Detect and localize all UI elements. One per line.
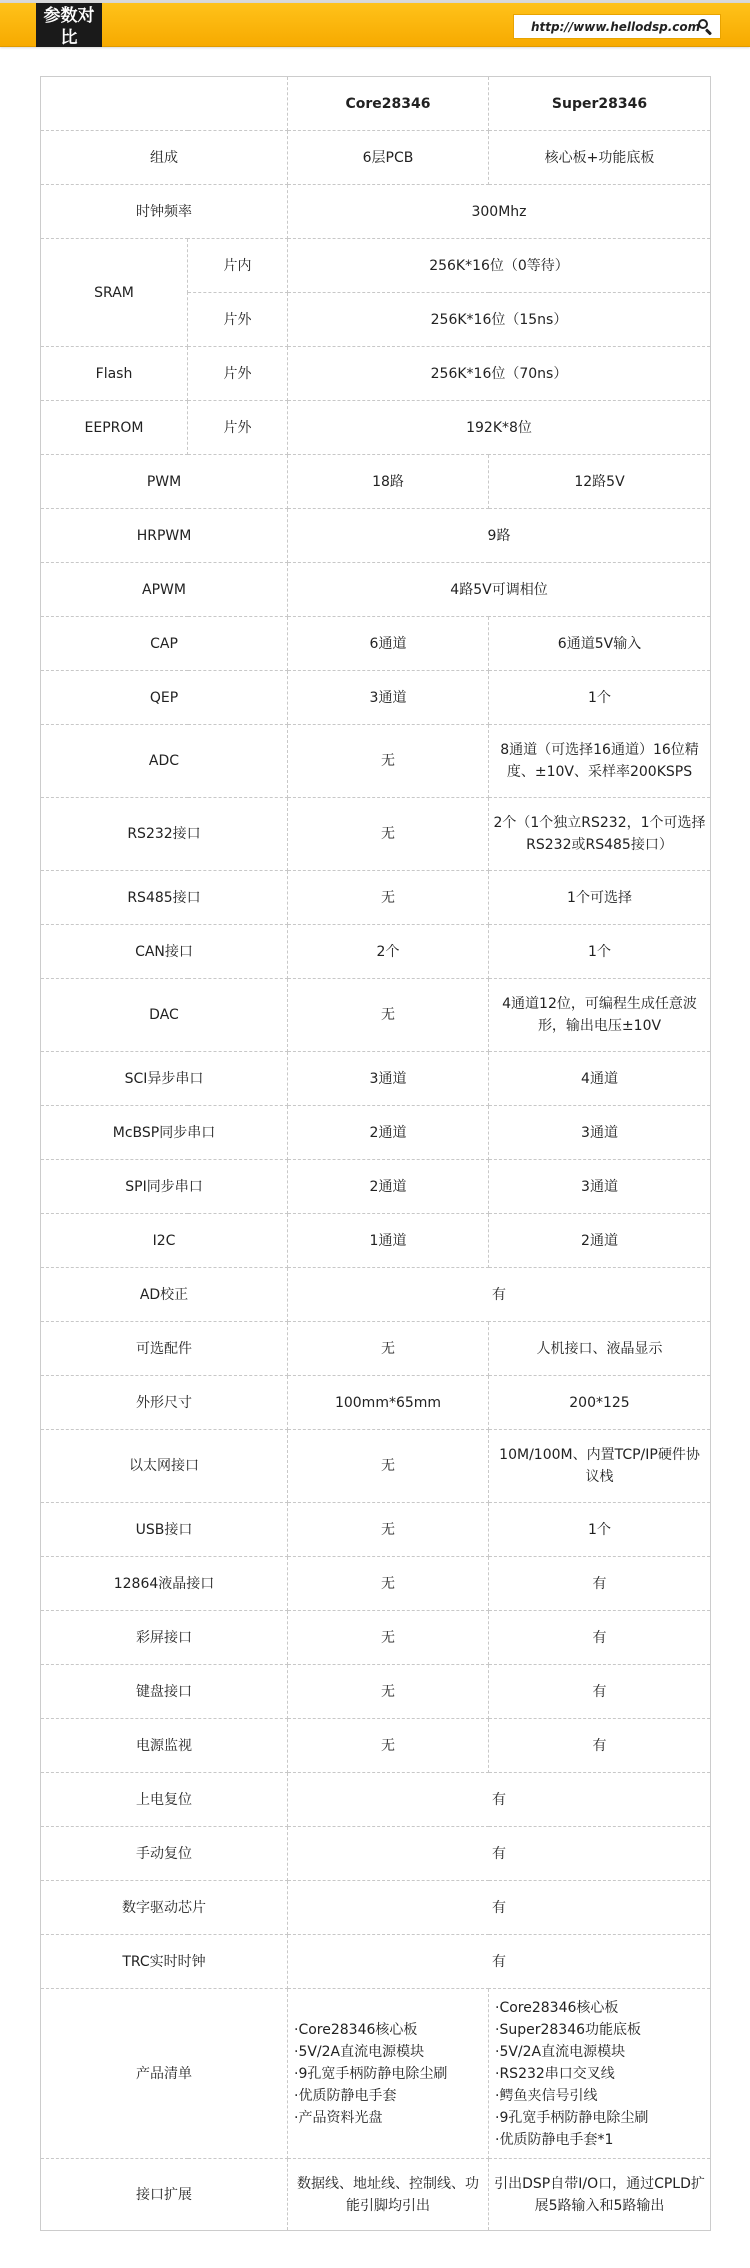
row-label: McBSP同步串口 xyxy=(41,1106,288,1160)
table-row: SCI异步串口 3通道 4通道 xyxy=(41,1052,711,1106)
column-header-super: Super28346 xyxy=(489,77,711,131)
table-row: 数字驱动芯片 有 xyxy=(41,1881,711,1935)
list-item: ·产品资料光盘 xyxy=(294,2107,484,2129)
shared-value: 有 xyxy=(288,1881,711,1935)
core-product-list: ·Core28346核心板 ·5V/2A直流电源模块 ·9孔宽手柄防静电除尘刷 … xyxy=(288,1989,489,2159)
row-label: ADC xyxy=(41,725,288,798)
shared-value: 有 xyxy=(288,1935,711,1989)
core-value: 无 xyxy=(288,1430,489,1503)
table-row: ADC 无 8通道（可选择16通道）16位精度、±10V、采样率200KSPS xyxy=(41,725,711,798)
column-header-core: Core28346 xyxy=(288,77,489,131)
super-value: 有 xyxy=(489,1719,711,1773)
core-value: 无 xyxy=(288,725,489,798)
brand-title-cn: 参数对比 xyxy=(36,3,102,49)
row-label: 12864液晶接口 xyxy=(41,1557,288,1611)
super-value: 4通道 xyxy=(489,1052,711,1106)
table-row: DAC 无 4通道12位，可编程生成任意波形，输出电压±10V xyxy=(41,979,711,1052)
list-item: ·5V/2A直流电源模块 xyxy=(294,2041,484,2063)
core-value: 无 xyxy=(288,1322,489,1376)
core-value: 18路 xyxy=(288,455,489,509)
core-value: 6层PCB xyxy=(288,131,489,185)
list-item: ·9孔宽手柄防静电除尘刷 xyxy=(294,2063,484,2085)
sub-label: 片外 xyxy=(188,401,288,455)
core-value: 3通道 xyxy=(288,671,489,725)
row-label: 数字驱动芯片 xyxy=(41,1881,288,1935)
core-value: 无 xyxy=(288,1557,489,1611)
core-value: 无 xyxy=(288,798,489,871)
table-row: 外形尺寸 100mm*65mm 200*125 xyxy=(41,1376,711,1430)
super-value: 4通道12位，可编程生成任意波形，输出电压±10V xyxy=(489,979,711,1052)
list-item: ·鳄鱼夹信号引线 xyxy=(495,2085,706,2107)
table-row: SRAM 片内 256K*16位（0等待） xyxy=(41,239,711,293)
core-value: 无 xyxy=(288,979,489,1052)
core-value: 2个 xyxy=(288,925,489,979)
table-row: 彩屏接口 无 有 xyxy=(41,1611,711,1665)
list-item: ·Core28346核心板 xyxy=(495,1997,706,2019)
table-row: 电源监视 无 有 xyxy=(41,1719,711,1773)
header-bar: 参数对比 CAN SHU DUI BI http://www.hellodsp.… xyxy=(0,3,750,47)
core-value: 无 xyxy=(288,1503,489,1557)
shared-value: 有 xyxy=(288,1773,711,1827)
brand-title-en: CAN SHU DUI BI xyxy=(36,49,102,61)
url-search-box[interactable]: http://www.hellodsp.com xyxy=(513,14,721,39)
super-product-list: ·Core28346核心板 ·Super28346功能底板 ·5V/2A直流电源… xyxy=(489,1989,711,2159)
shared-value: 256K*16位（70ns） xyxy=(288,347,711,401)
super-value: 6通道5V输入 xyxy=(489,617,711,671)
core-value: 100mm*65mm xyxy=(288,1376,489,1430)
row-label: 手动复位 xyxy=(41,1827,288,1881)
core-value: 数据线、地址线、控制线、功能引脚均引出 xyxy=(288,2159,489,2231)
core-value: 无 xyxy=(288,1611,489,1665)
table-row: 上电复位 有 xyxy=(41,1773,711,1827)
shared-value: 4路5V可调相位 xyxy=(288,563,711,617)
super-value: 1个可选择 xyxy=(489,871,711,925)
row-label: QEP xyxy=(41,671,288,725)
super-value: 1个 xyxy=(489,925,711,979)
super-value: 引出DSP自带I/O口，通过CPLD扩展5路输入和5路输出 xyxy=(489,2159,711,2231)
table-row: TRC实时时钟 有 xyxy=(41,1935,711,1989)
table-row: HRPWM 9路 xyxy=(41,509,711,563)
row-label: SRAM xyxy=(41,239,188,347)
table-row: 时钟频率 300Mhz xyxy=(41,185,711,239)
table-row: CAP 6通道 6通道5V输入 xyxy=(41,617,711,671)
table-row: 以太网接口 无 10M/100M、内置TCP/IP硬件协议栈 xyxy=(41,1430,711,1503)
list-item: ·5V/2A直流电源模块 xyxy=(495,2041,706,2063)
super-value: 有 xyxy=(489,1665,711,1719)
row-label: RS232接口 xyxy=(41,798,288,871)
shared-value: 9路 xyxy=(288,509,711,563)
row-label: SPI同步串口 xyxy=(41,1160,288,1214)
core-value: 1通道 xyxy=(288,1214,489,1268)
row-label: 上电复位 xyxy=(41,1773,288,1827)
super-value: 3通道 xyxy=(489,1106,711,1160)
list-item: ·Core28346核心板 xyxy=(294,2019,484,2041)
super-value: 人机接口、液晶显示 xyxy=(489,1322,711,1376)
super-value: 1个 xyxy=(489,1503,711,1557)
table-row: QEP 3通道 1个 xyxy=(41,671,711,725)
row-label: I2C xyxy=(41,1214,288,1268)
super-value: 2通道 xyxy=(489,1214,711,1268)
url-text[interactable]: http://www.hellodsp.com xyxy=(531,20,696,34)
list-item: ·优质防静电手套 xyxy=(294,2085,484,2107)
core-value: 无 xyxy=(288,1719,489,1773)
shared-value: 256K*16位（15ns） xyxy=(288,293,711,347)
row-label: 以太网接口 xyxy=(41,1430,288,1503)
table-row: CAN接口 2个 1个 xyxy=(41,925,711,979)
sub-label: 片外 xyxy=(188,293,288,347)
core-value: 无 xyxy=(288,1665,489,1719)
table-row: RS232接口 无 2个（1个独立RS232，1个可选择RS232或RS485接… xyxy=(41,798,711,871)
shared-value: 192K*8位 xyxy=(288,401,711,455)
row-label: TRC实时时钟 xyxy=(41,1935,288,1989)
list-item: ·Super28346功能底板 xyxy=(495,2019,706,2041)
core-value: 无 xyxy=(288,871,489,925)
table-row: PWM 18路 12路5V xyxy=(41,455,711,509)
super-value: 3通道 xyxy=(489,1160,711,1214)
super-value: 有 xyxy=(489,1557,711,1611)
table-row: 接口扩展 数据线、地址线、控制线、功能引脚均引出 引出DSP自带I/O口，通过C… xyxy=(41,2159,711,2231)
super-value: 12路5V xyxy=(489,455,711,509)
core-value: 2通道 xyxy=(288,1106,489,1160)
table-row: 12864液晶接口 无 有 xyxy=(41,1557,711,1611)
table-row: Flash 片外 256K*16位（70ns） xyxy=(41,347,711,401)
row-label: 可选配件 xyxy=(41,1322,288,1376)
super-value: 1个 xyxy=(489,671,711,725)
core-value: 3通道 xyxy=(288,1052,489,1106)
row-label: HRPWM xyxy=(41,509,288,563)
table-row: SPI同步串口 2通道 3通道 xyxy=(41,1160,711,1214)
row-label: 外形尺寸 xyxy=(41,1376,288,1430)
table-row: USB接口 无 1个 xyxy=(41,1503,711,1557)
spec-comparison-table: Core28346 Super28346 组成 6层PCB 核心板+功能底板 时… xyxy=(40,76,711,2231)
header-blank-cell xyxy=(41,77,288,131)
super-value: 10M/100M、内置TCP/IP硬件协议栈 xyxy=(489,1430,711,1503)
table-row: I2C 1通道 2通道 xyxy=(41,1214,711,1268)
row-label: SCI异步串口 xyxy=(41,1052,288,1106)
shared-value: 有 xyxy=(288,1268,711,1322)
row-label: CAN接口 xyxy=(41,925,288,979)
table-row: EEPROM 片外 192K*8位 xyxy=(41,401,711,455)
brand-block: 参数对比 CAN SHU DUI BI xyxy=(36,3,102,47)
row-label: 组成 xyxy=(41,131,288,185)
table-row: 组成 6层PCB 核心板+功能底板 xyxy=(41,131,711,185)
row-label: 产品清单 xyxy=(41,1989,288,2159)
row-label: EEPROM xyxy=(41,401,188,455)
row-label: RS485接口 xyxy=(41,871,288,925)
super-value: 200*125 xyxy=(489,1376,711,1430)
row-label: Flash xyxy=(41,347,188,401)
row-label: 接口扩展 xyxy=(41,2159,288,2231)
row-label: APWM xyxy=(41,563,288,617)
core-value: 2通道 xyxy=(288,1160,489,1214)
row-label: 彩屏接口 xyxy=(41,1611,288,1665)
shared-value: 300Mhz xyxy=(288,185,711,239)
row-label: 键盘接口 xyxy=(41,1665,288,1719)
super-value: 8通道（可选择16通道）16位精度、±10V、采样率200KSPS xyxy=(489,725,711,798)
search-icon[interactable] xyxy=(696,17,716,37)
list-item: ·RS232串口交叉线 xyxy=(495,2063,706,2085)
table-row: McBSP同步串口 2通道 3通道 xyxy=(41,1106,711,1160)
list-item: ·9孔宽手柄防静电除尘刷 xyxy=(495,2107,706,2129)
table-row: 可选配件 无 人机接口、液晶显示 xyxy=(41,1322,711,1376)
super-value: 有 xyxy=(489,1611,711,1665)
row-label: CAP xyxy=(41,617,288,671)
sub-label: 片外 xyxy=(188,347,288,401)
row-label: AD校正 xyxy=(41,1268,288,1322)
row-label: 电源监视 xyxy=(41,1719,288,1773)
shared-value: 有 xyxy=(288,1827,711,1881)
super-value: 核心板+功能底板 xyxy=(489,131,711,185)
row-label: DAC xyxy=(41,979,288,1052)
table-row-product-list: 产品清单 ·Core28346核心板 ·5V/2A直流电源模块 ·9孔宽手柄防静… xyxy=(41,1989,711,2159)
table-row: RS485接口 无 1个可选择 xyxy=(41,871,711,925)
table-row: AD校正 有 xyxy=(41,1268,711,1322)
table-row: APWM 4路5V可调相位 xyxy=(41,563,711,617)
list-item: ·优质防静电手套*1 xyxy=(495,2129,706,2151)
row-label: 时钟频率 xyxy=(41,185,288,239)
row-label: PWM xyxy=(41,455,288,509)
table-row: 键盘接口 无 有 xyxy=(41,1665,711,1719)
sub-label: 片内 xyxy=(188,239,288,293)
table-header-row: Core28346 Super28346 xyxy=(41,77,711,131)
core-value: 6通道 xyxy=(288,617,489,671)
row-label: USB接口 xyxy=(41,1503,288,1557)
table-row: 手动复位 有 xyxy=(41,1827,711,1881)
super-value: 2个（1个独立RS232，1个可选择RS232或RS485接口） xyxy=(489,798,711,871)
shared-value: 256K*16位（0等待） xyxy=(288,239,711,293)
